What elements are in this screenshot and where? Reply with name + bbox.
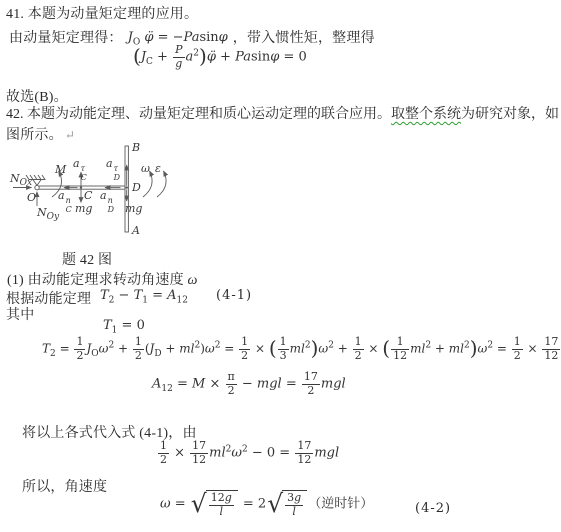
intro-text-pre: 42. 本题为动能定理、动量矩定理和质心运动定理的联合应用。	[6, 107, 391, 122]
label-D: D	[132, 182, 141, 193]
label-aC-tau: aτC	[73, 158, 87, 183]
p42-intro-line1: 42. 本题为动能定理、动量矩定理和质心运动定理的联合应用。取整个系统为研究对象…	[6, 103, 559, 123]
step1-heading: (1) 由动能定理求转动角速度 ω	[7, 269, 198, 289]
paragraph-mark-icon: ↵	[65, 128, 75, 142]
equation-A12: A12 = M × π2 − mgl = 172mgl	[152, 371, 346, 397]
label-NOx: NOx	[10, 173, 32, 184]
label-C: C	[84, 190, 92, 201]
label-omega: ω	[141, 163, 150, 174]
bar-AB	[125, 146, 128, 232]
p41-title: 41. 本题为动量矩定理的应用。	[6, 3, 198, 23]
conclusion-lead: 所以，角速度	[22, 476, 107, 496]
substitution-equation: 12 × 1712ml2ω2 − 0 = 1712mgl	[157, 440, 339, 466]
equation-number-4-1: (4-1)	[216, 288, 252, 303]
label-NOy: NOy	[37, 207, 59, 218]
equation-4-1: T2 − T1 = A12	[100, 288, 188, 303]
equation-T2: T2 = 12JOω2 + 12(JD + ml2)ω2 = 12 × (13m…	[42, 336, 561, 362]
label-aD-n: anD	[100, 190, 114, 215]
label-O: O	[27, 192, 36, 203]
label-M: M	[55, 164, 66, 175]
label-mg-C: mg	[75, 203, 92, 214]
intro-text-wavy-underlined: 取整个系统	[391, 107, 461, 122]
intro-text-post: 为研究对象，如	[461, 107, 559, 122]
substitution-lead: 将以上各式代入式 (4-1)，由	[22, 422, 197, 442]
point-C	[80, 186, 82, 188]
label-aC-n: anC	[58, 190, 72, 215]
label-mg-D: mg	[125, 203, 142, 214]
p42-intro-line2: 图所示。↵	[6, 124, 75, 144]
equation-omega-result: ω = √12gl = 2√3gl（逆时针）	[160, 490, 373, 518]
point-D	[126, 186, 128, 188]
p41-lead-text: 由动量矩定理得：	[9, 27, 123, 47]
equation-number-4-2: (4-2)	[415, 501, 451, 516]
pivot-O	[35, 185, 39, 189]
scanned-solution-page: { "colors": { "text": "#2b2b2b", "line":…	[0, 0, 561, 532]
figure-42: NOx NOy O M aτC anC C mg aτD anD D mg B …	[12, 142, 187, 245]
p41-display-equation: (JC + Pga2)φ̈ + Pasinφ = 0	[133, 44, 307, 70]
intro-line2-text: 图所示。	[6, 128, 63, 143]
label-A: A	[132, 225, 140, 236]
label-epsilon: ε	[155, 163, 161, 174]
figure-caption: 题 42 图	[62, 249, 112, 269]
among-label: 其中	[6, 304, 34, 324]
label-aD-tau: aτD	[106, 158, 120, 183]
equation-T1: T1 = 0	[103, 318, 145, 333]
label-B: B	[132, 142, 140, 153]
